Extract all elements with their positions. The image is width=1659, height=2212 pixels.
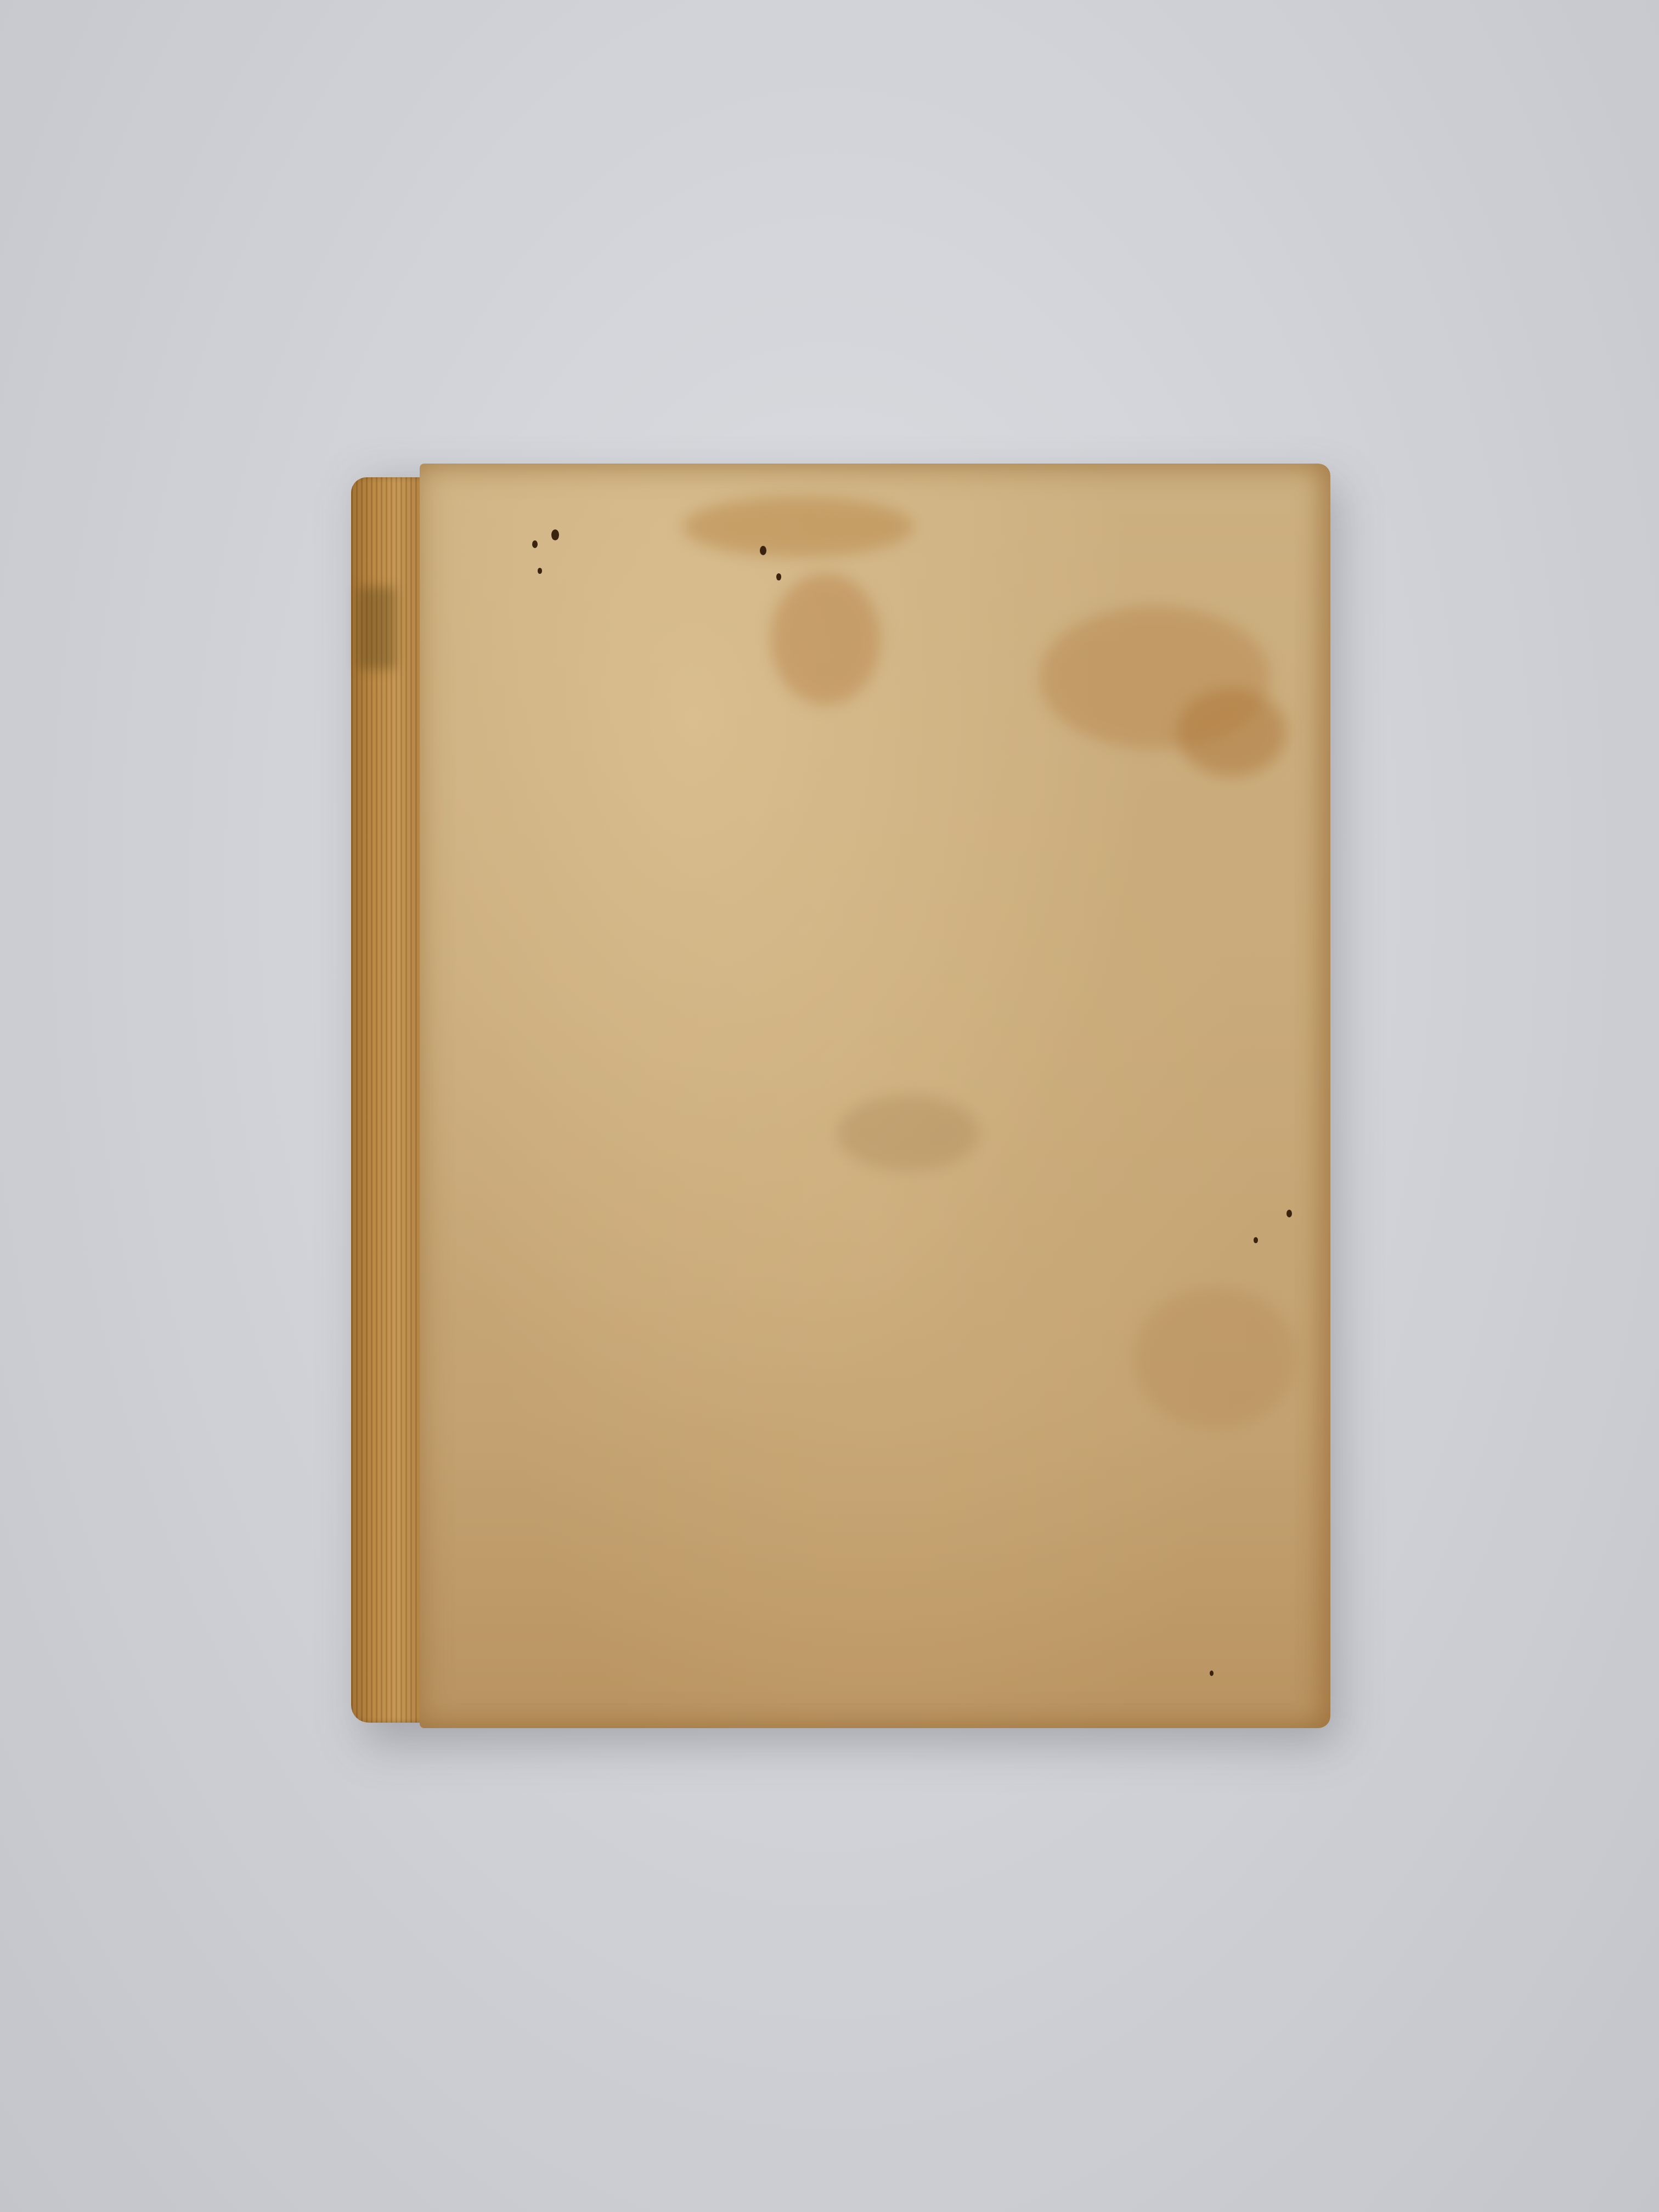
cover-speck [532, 540, 538, 548]
page-edge-stain [358, 587, 396, 669]
cover-stain [771, 573, 881, 705]
photo-background [0, 0, 1659, 2212]
cover-stain [683, 496, 913, 557]
cover-speck [760, 546, 766, 555]
book [351, 464, 1330, 1728]
cover-stain [837, 1094, 979, 1171]
cover-speck [1286, 1210, 1292, 1217]
page-edges [351, 477, 428, 1723]
cover-stain [1177, 689, 1286, 776]
cover-speck [538, 568, 542, 574]
cover-speck [551, 529, 559, 540]
cover-stain [1133, 1286, 1297, 1429]
cover-speck [1210, 1671, 1214, 1676]
cover-speck [776, 573, 781, 580]
cover-speck [1254, 1237, 1258, 1243]
back-cover [420, 464, 1330, 1728]
